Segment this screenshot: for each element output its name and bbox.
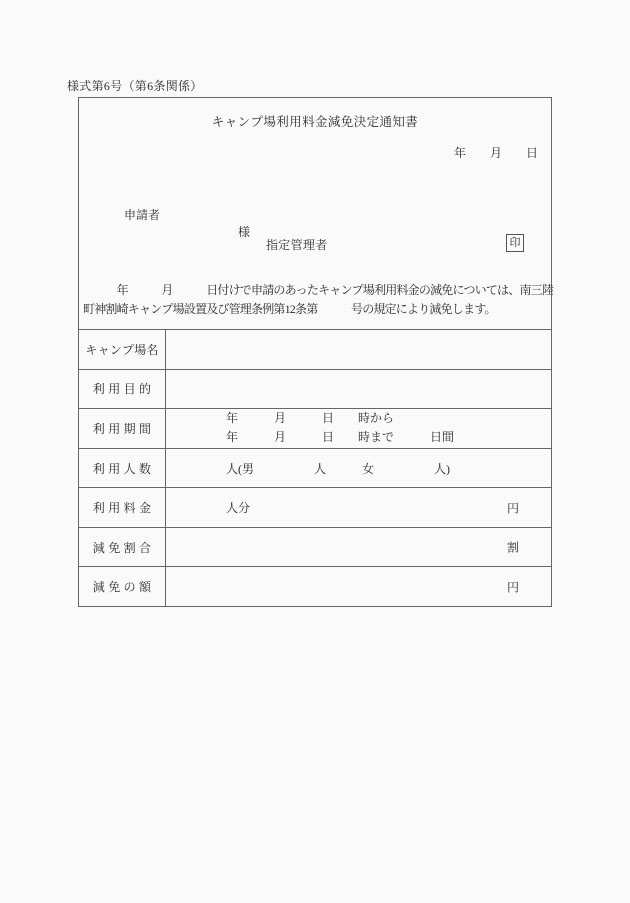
row-label: 利 用 目 的 — [79, 370, 166, 409]
row-value-cell — [166, 330, 551, 369]
unit-wari: 割 — [507, 539, 519, 556]
row-value-cell: 割 — [166, 528, 551, 567]
row-label: 減 免 割 合 — [79, 528, 166, 567]
row-label: キャンプ場名 — [79, 330, 166, 369]
document-page: 様式第6号（第6条関係） キャンプ場利用料金減免決定通知書 年 月 日 申請者 … — [0, 0, 630, 903]
applicant-honorific: 様 — [238, 225, 250, 239]
row-value-text: 人(男 人 女 人) — [166, 460, 450, 477]
period-lines: 年 月 日 時から 年 月 日 時まで 日間 — [166, 409, 454, 447]
row-label: 利 用 料 金 — [79, 488, 166, 527]
table-row-period: 利 用 期 間 年 月 日 時から 年 月 日 時まで 日間 — [79, 408, 551, 448]
row-value-cell: 年 月 日 時から 年 月 日 時まで 日間 — [166, 409, 551, 448]
details-table: キャンプ場名 利 用 目 的 利 用 期 間 年 月 日 時から 年 月 日 時… — [78, 329, 552, 607]
row-label: 利 用 期 間 — [79, 409, 166, 448]
table-row-reduction-ratio: 減 免 割 合 割 — [79, 527, 551, 567]
applicant-row: 申請者 様 — [106, 191, 250, 255]
issue-date-line: 年 月 日 — [454, 144, 538, 161]
seal-stamp-box: 印 — [506, 234, 524, 252]
row-value-cell: 人(男 人 女 人) — [166, 449, 551, 488]
unit-yen: 円 — [507, 578, 519, 595]
table-row-reduction-amount: 減 免 の 額 円 — [79, 566, 551, 606]
row-value-cell: 円 — [166, 567, 551, 606]
row-value-text: 人分 — [166, 499, 250, 516]
unit-yen: 円 — [507, 499, 519, 516]
row-value-cell — [166, 370, 551, 409]
designated-manager-label: 指定管理者 — [266, 236, 328, 253]
applicant-label: 申請者 — [124, 208, 160, 222]
row-label: 減 免 の 額 — [79, 567, 166, 606]
form-number-label: 様式第6号（第6条関係） — [67, 77, 203, 94]
table-row-fee: 利 用 料 金 人分 円 — [79, 487, 551, 527]
notice-line-2: 町神割崎キャンプ場設置及び管理条例第12条第 号の規定により減免します。 — [83, 300, 548, 319]
period-to-line: 年 月 日 時まで 日間 — [166, 428, 454, 447]
notice-header-box: キャンプ場利用料金減免決定通知書 年 月 日 申請者 様 指定管理者 印 年 月… — [78, 97, 552, 330]
row-label: 利 用 人 数 — [79, 449, 166, 488]
period-from-line: 年 月 日 時から — [166, 409, 454, 428]
table-row-campsite-name: キャンプ場名 — [79, 330, 551, 369]
notice-line-1: 年 月 日付けで申請のあったキャンプ場利用料金の減免については、南三陸 — [83, 281, 548, 300]
notice-paragraph: 年 月 日付けで申請のあったキャンプ場利用料金の減免については、南三陸 町神割崎… — [83, 281, 548, 319]
row-value-cell: 人分 円 — [166, 488, 551, 527]
table-row-persons: 利 用 人 数 人(男 人 女 人) — [79, 448, 551, 488]
table-row-purpose: 利 用 目 的 — [79, 369, 551, 409]
document-title: キャンプ場利用料金減免決定通知書 — [79, 112, 551, 130]
